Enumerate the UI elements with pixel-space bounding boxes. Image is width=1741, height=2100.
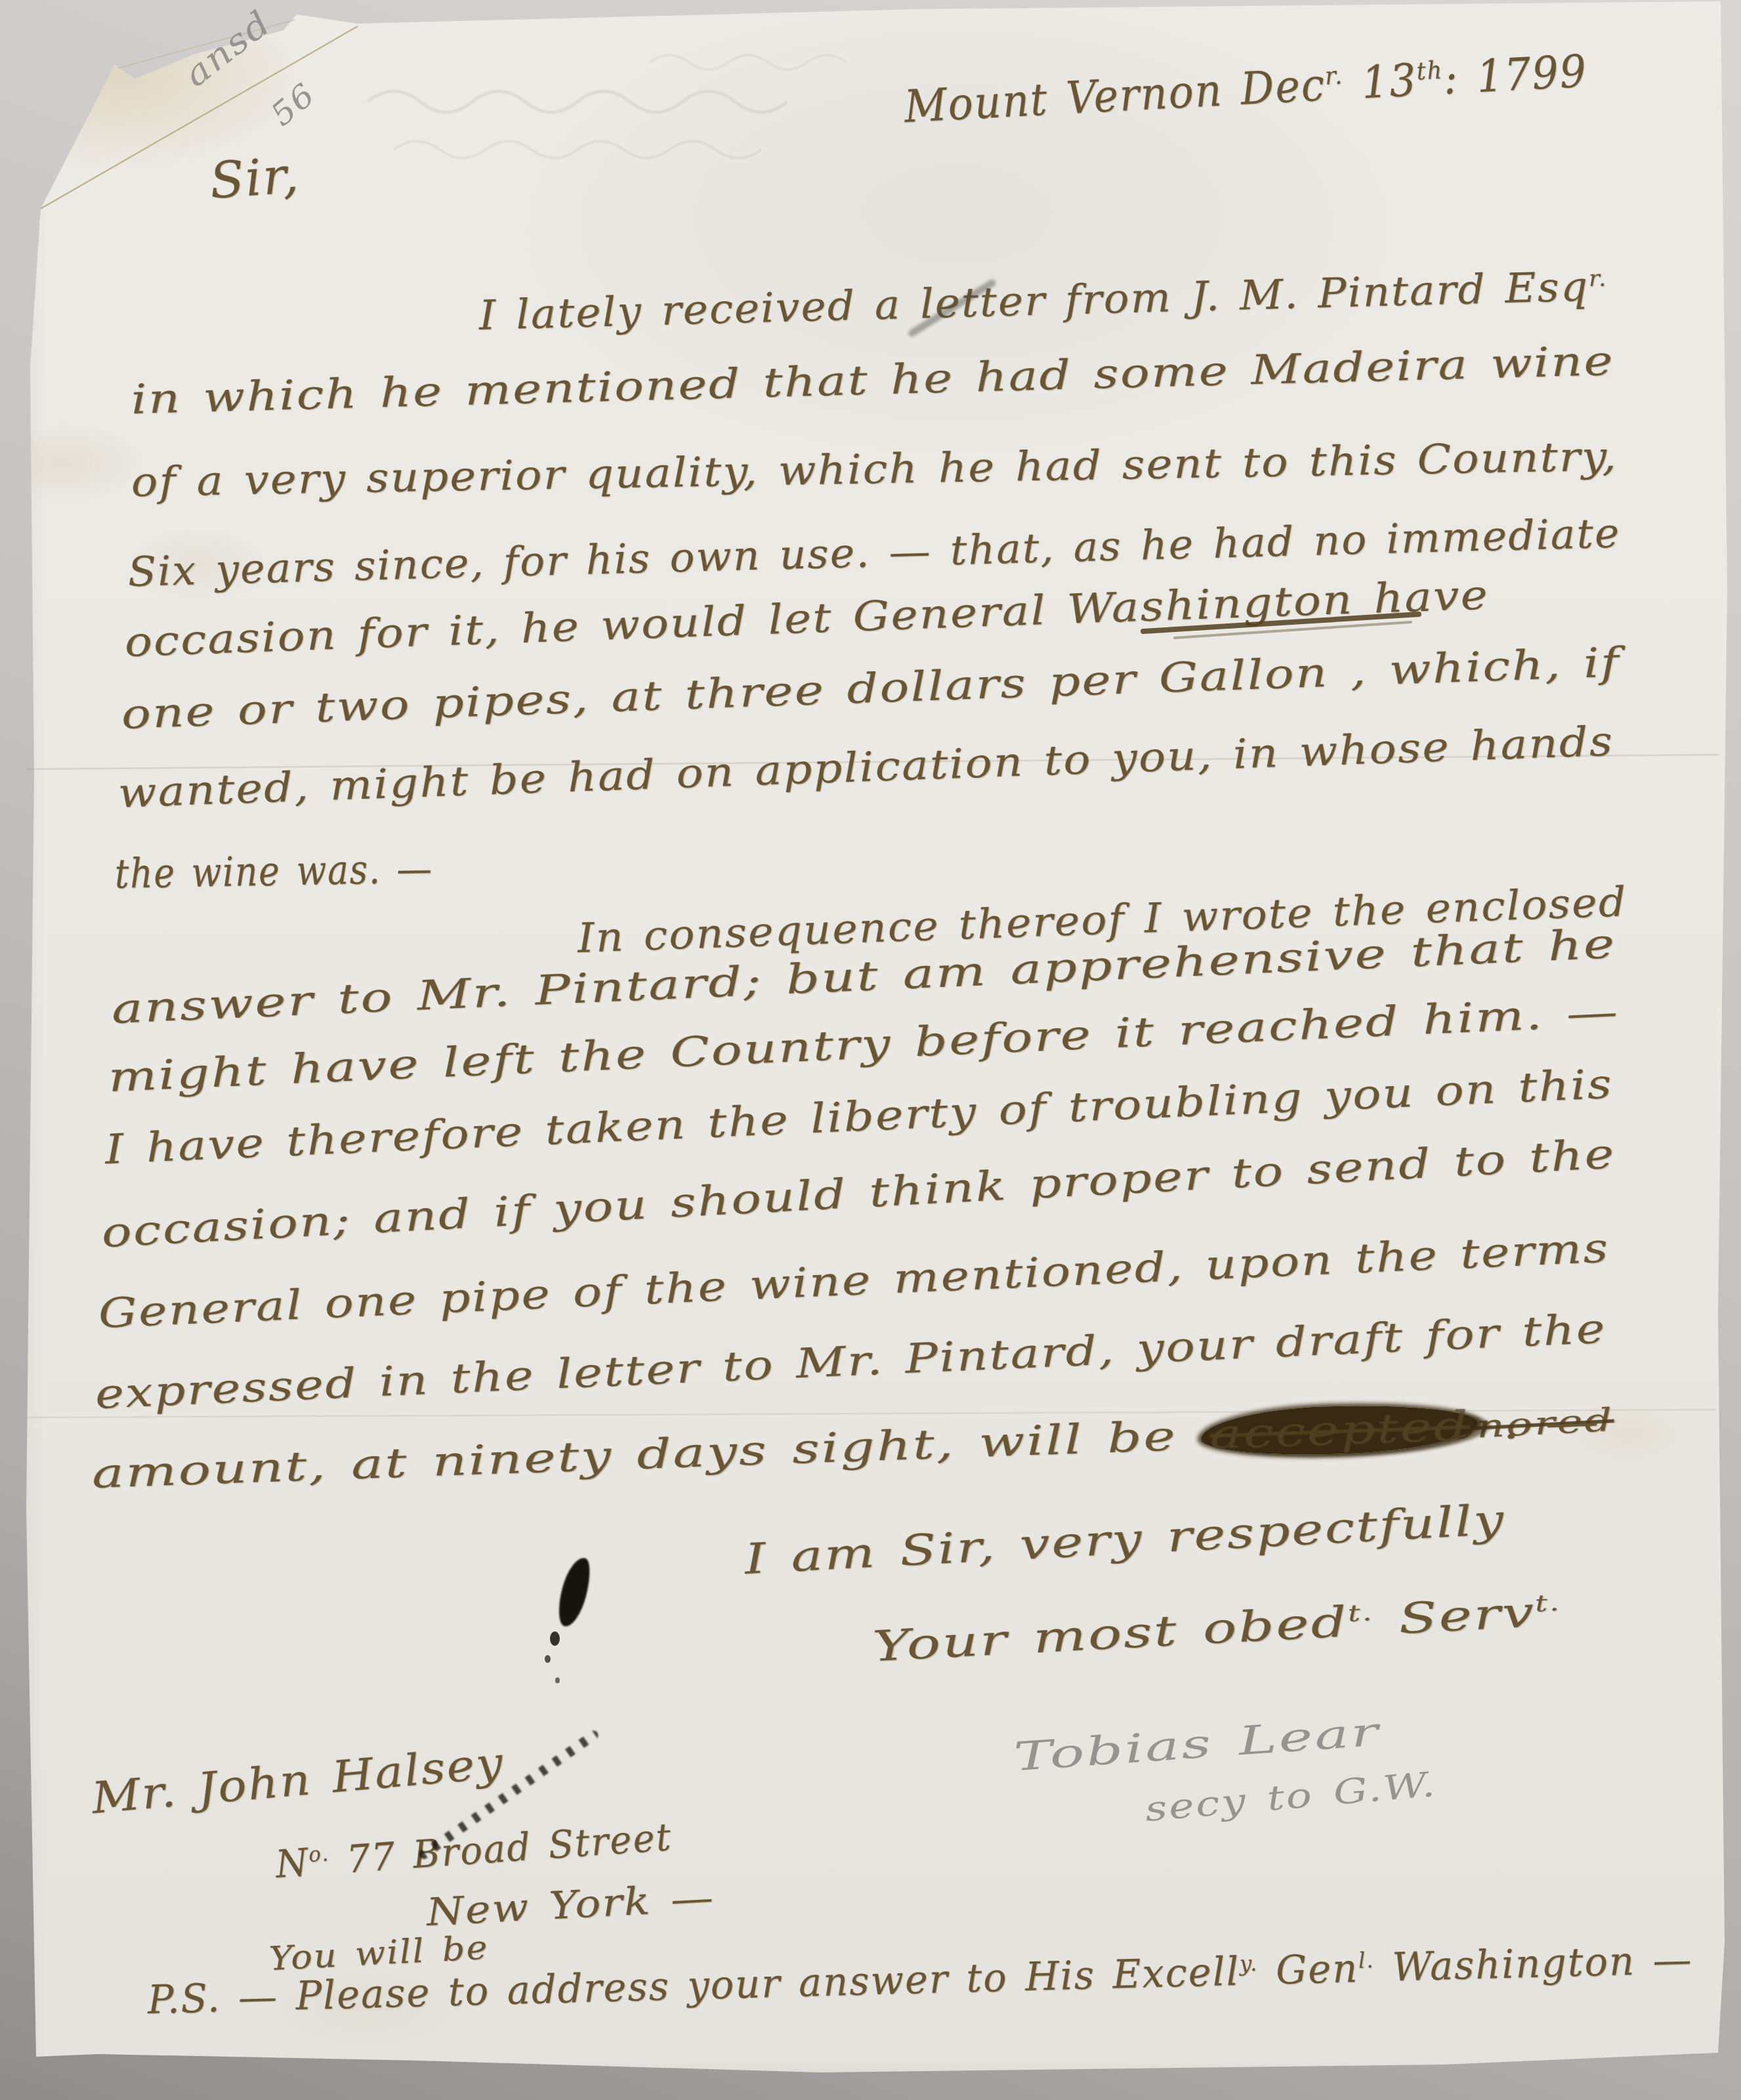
ps-sup: y. — [1239, 1950, 1258, 1977]
ps-sup: l. — [1358, 1947, 1375, 1973]
dateline-day-sup: th — [1416, 55, 1443, 85]
dateline-year: : 1799 — [1442, 46, 1588, 105]
salutation: Sir, — [208, 150, 301, 206]
body-text: . — — [1477, 1397, 1601, 1449]
address-sup: o. — [308, 1841, 330, 1867]
closing-text: Serv — [1373, 1588, 1537, 1645]
body-line: the wine was. — — [114, 849, 433, 894]
address-text: N — [274, 1840, 311, 1887]
ps-text: Washington — — [1374, 1937, 1694, 1991]
ink-blot-drip — [555, 1677, 560, 1683]
letter-scan: ansd 56 Mount Vernon Decr. 13th: 1799 Si… — [0, 0, 1741, 2100]
dateline-month-sup: r. — [1324, 60, 1344, 90]
body-text-sup: r. — [1588, 265, 1608, 292]
closing-sup: t. — [1534, 1589, 1561, 1618]
ink-blot-drip — [545, 1655, 551, 1663]
ps-text: Gen — [1258, 1946, 1359, 1994]
struck-out-word: accepted — [1200, 1401, 1479, 1459]
closing-sup: t. — [1347, 1599, 1374, 1627]
ink-blot-drip — [550, 1631, 560, 1646]
dateline-day: 13 — [1342, 54, 1418, 110]
dateline-month: Dec — [1240, 59, 1327, 115]
